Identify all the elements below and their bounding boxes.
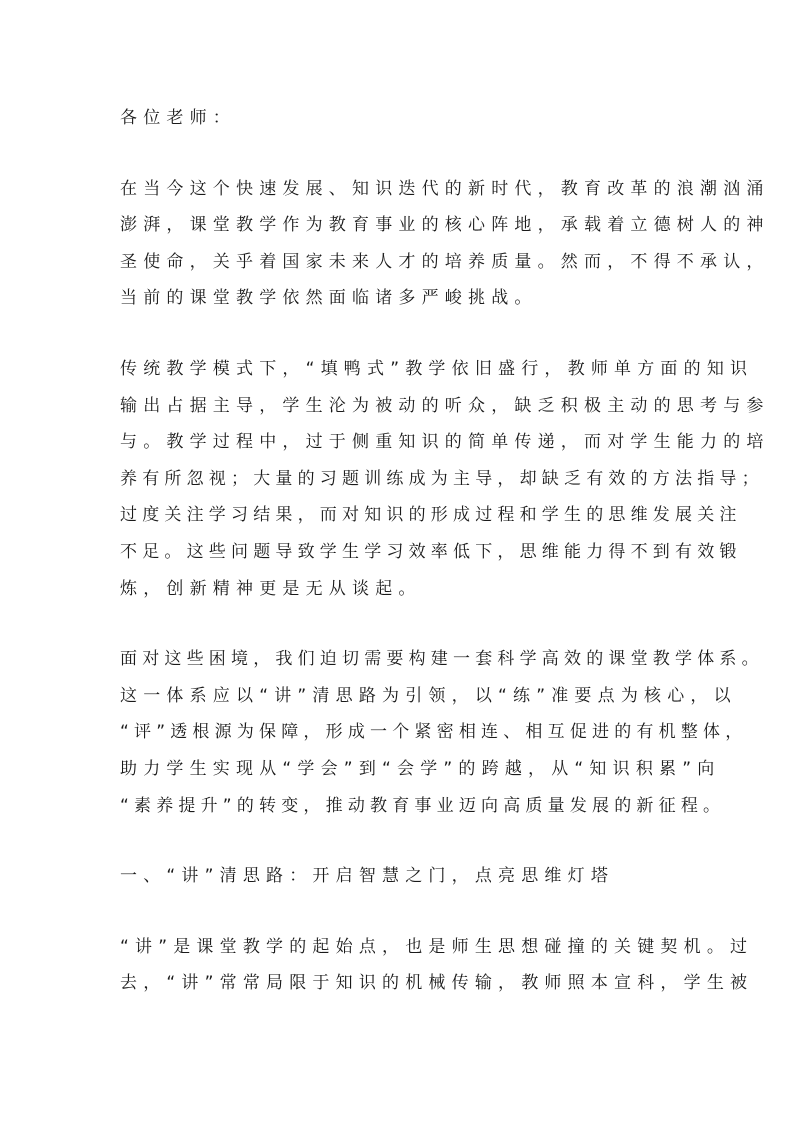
text-line: 炼，创新精神更是无从谈起。 bbox=[120, 575, 680, 612]
text-line: 当前的课堂教学依然面临诸多严峻挑战。 bbox=[120, 284, 680, 321]
document-page: 各位老师： 在当今这个快速发展、知识迭代的新时代，教育改革的浪潮汹涌 澎湃，课堂… bbox=[0, 0, 793, 1122]
section-heading-1: 一、“讲”清思路：开启智慧之门，点亮思维灯塔 bbox=[120, 862, 680, 899]
text-line: 面对这些困境，我们迫切需要构建一套科学高效的课堂教学体系。 bbox=[120, 645, 680, 682]
paragraph-intro: 在当今这个快速发展、知识迭代的新时代，教育改革的浪潮汹涌 澎湃，课堂教学作为教育… bbox=[120, 175, 680, 321]
salutation-text: 各位老师： bbox=[120, 104, 680, 141]
text-line: 传统教学模式下，“填鸭式”教学依旧盛行，教师单方面的知识 bbox=[120, 355, 680, 392]
paragraph-solution: 面对这些困境，我们迫切需要构建一套科学高效的课堂教学体系。 这一体系应以“讲”清… bbox=[120, 645, 680, 828]
text-line: 过度关注学习结果，而对知识的形成过程和学生的思维发展关注 bbox=[120, 501, 680, 538]
text-line: 圣使命，关乎着国家未来人才的培养质量。然而，不得不承认， bbox=[120, 248, 680, 285]
paragraph-problems: 传统教学模式下，“填鸭式”教学依旧盛行，教师单方面的知识 输出占据主导，学生沦为… bbox=[120, 355, 680, 611]
salutation: 各位老师： bbox=[120, 104, 680, 141]
text-line: 与。教学过程中，过于侧重知识的简单传递，而对学生能力的培 bbox=[120, 428, 680, 465]
text-line: “讲”是课堂教学的起始点，也是师生思想碰撞的关键契机。过 bbox=[120, 933, 680, 970]
text-line: 输出占据主导，学生沦为被动的听众，缺乏积极主动的思考与参 bbox=[120, 392, 680, 429]
text-line: 澎湃，课堂教学作为教育事业的核心阵地，承载着立德树人的神 bbox=[120, 211, 680, 248]
text-line: 助力学生实现从“学会”到“会学”的跨越，从“知识积累”向 bbox=[120, 755, 680, 792]
text-line: “评”透根源为保障，形成一个紧密相连、相互促进的有机整体， bbox=[120, 718, 680, 755]
section-heading-text: 一、“讲”清思路：开启智慧之门，点亮思维灯塔 bbox=[120, 862, 680, 899]
text-line: 不足。这些问题导致学生学习效率低下，思维能力得不到有效锻 bbox=[120, 538, 680, 575]
text-line: 这一体系应以“讲”清思路为引领，以“练”准要点为核心，以 bbox=[120, 682, 680, 719]
document-body: 各位老师： 在当今这个快速发展、知识迭代的新时代，教育改革的浪潮汹涌 澎湃，课堂… bbox=[120, 104, 680, 1040]
text-line: “素养提升”的转变，推动教育事业迈向高质量发展的新征程。 bbox=[120, 792, 680, 829]
paragraph-section-1: “讲”是课堂教学的起始点，也是师生思想碰撞的关键契机。过 去，“讲”常常局限于知… bbox=[120, 933, 680, 1006]
text-line: 在当今这个快速发展、知识迭代的新时代，教育改革的浪潮汹涌 bbox=[120, 175, 680, 212]
text-line: 去，“讲”常常局限于知识的机械传输，教师照本宣科，学生被 bbox=[120, 969, 680, 1006]
text-line: 养有所忽视；大量的习题训练成为主导，却缺乏有效的方法指导； bbox=[120, 465, 680, 502]
